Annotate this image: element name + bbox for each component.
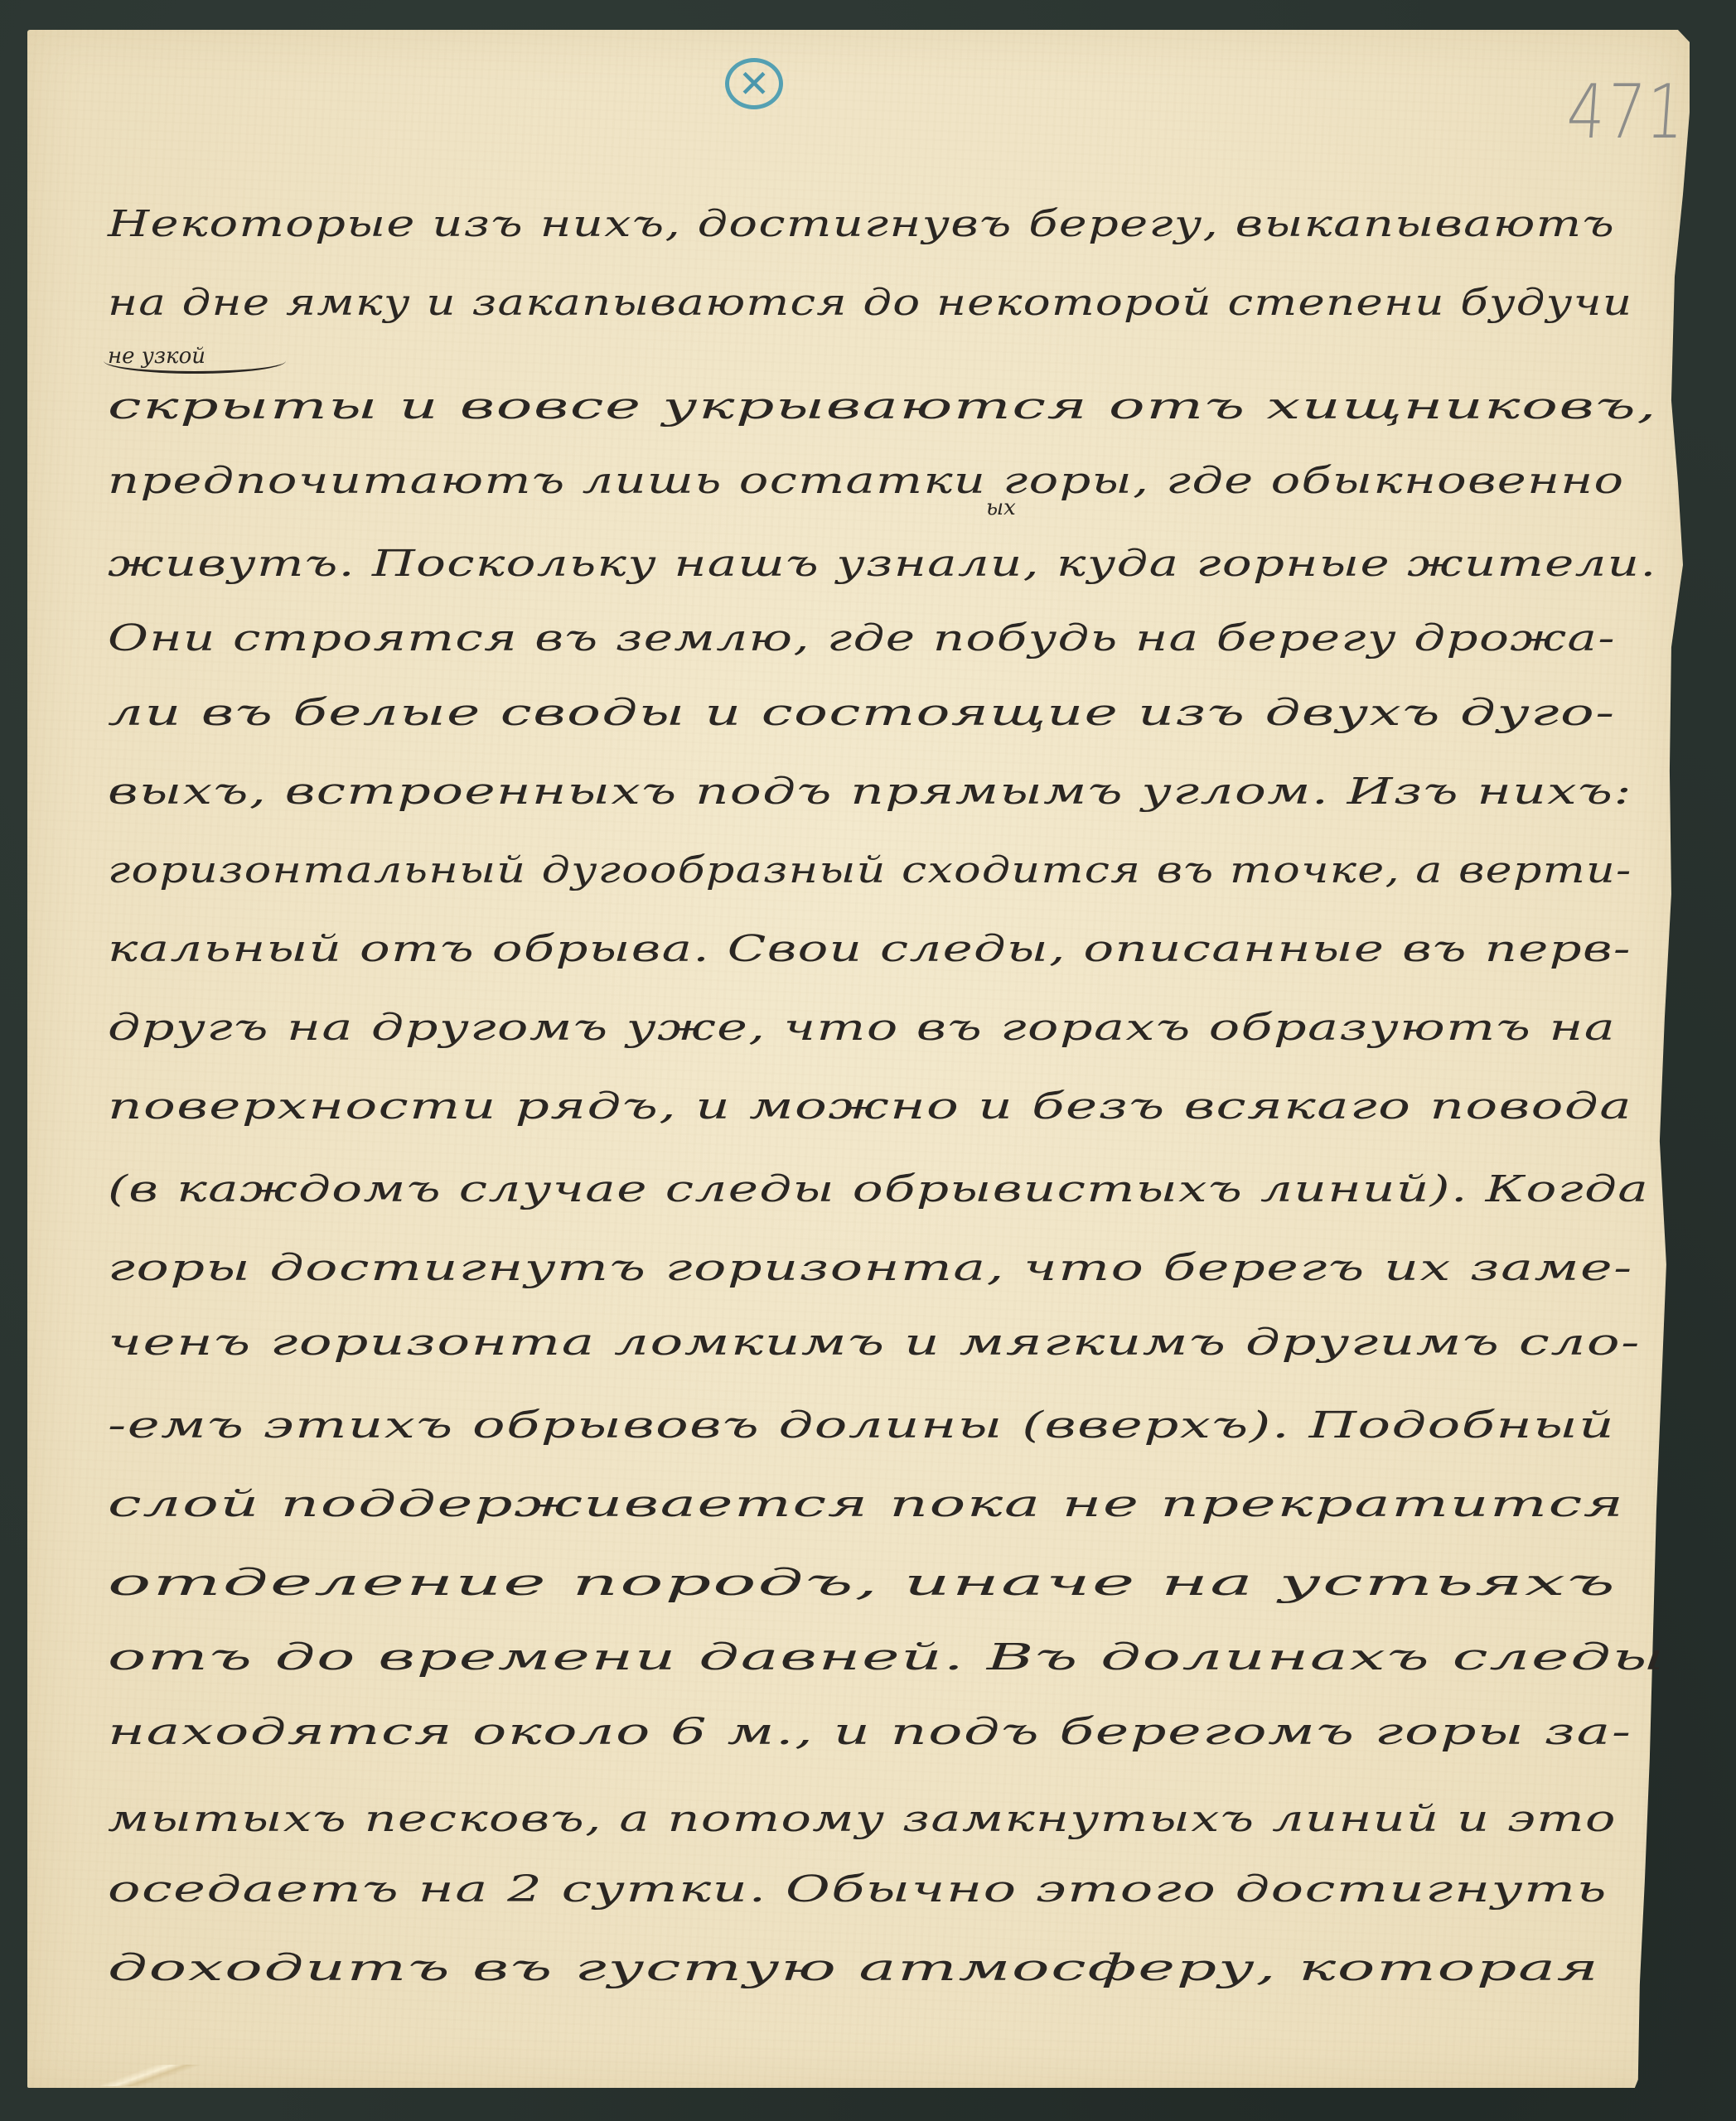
text-line: находятся около 6 м., и подъ берегомъ го…	[108, 1711, 1632, 1753]
interlinear-insertion: ых	[986, 495, 1016, 520]
text-line: скрыты и вовсе укрываются отъ хищниковъ,	[108, 385, 1657, 428]
text-line: горы достигнутъ горизонта, что берегъ их…	[108, 1247, 1633, 1289]
text-line: оседаетъ на 2 сутки. Обычно этого достиг…	[108, 1868, 1608, 1911]
text-line: отделение породъ, иначе на устьяхъ	[108, 1562, 1617, 1604]
text-line: доходитъ въ густую атмосферу, которая	[108, 1947, 1600, 1989]
text-line: ли въ белые своды и состоящие изъ двухъ …	[108, 692, 1616, 734]
text-line: Некоторые изъ нихъ, достигнувъ берегу, в…	[108, 203, 1615, 245]
text-line: поверхности рядъ, и можно и безъ всякаго…	[108, 1085, 1632, 1128]
circled-x-stamp-icon: ✕	[725, 58, 783, 109]
insertion-mark	[104, 348, 286, 374]
text-line: (в каждомъ случае следы обрывистыхъ лини…	[108, 1168, 1649, 1210]
text-line: предпочитаютъ лишь остатки горы, где обы…	[108, 460, 1624, 502]
manuscript-page	[27, 30, 1690, 2088]
text-line: другъ на другомъ уже, что въ горахъ обра…	[108, 1007, 1616, 1049]
text-line: кальный отъ обрыва. Свои следы, описанны…	[108, 928, 1632, 970]
text-line: Они строятся въ землю, где побудь на бер…	[108, 617, 1616, 659]
stamp-symbol: ✕	[738, 65, 771, 103]
text-line: отъ до времени давней. Въ долинахъ следы	[108, 1636, 1666, 1679]
text-line: живутъ. Поскольку нашъ узнали, куда горн…	[108, 543, 1657, 585]
text-line: -емъ этихъ обрывовъ долины (вверхъ). Под…	[108, 1404, 1615, 1447]
text-line: ченъ горизонта ломкимъ и мягкимъ другимъ…	[108, 1321, 1641, 1364]
paper-crease	[69, 2065, 226, 2086]
text-line: горизонтальный дугообразный сходится въ …	[108, 849, 1632, 891]
text-line: на дне ямку и закапываются до некоторой …	[108, 282, 1632, 324]
text-line: мытыхъ песковъ, а потому замкнутыхъ лини…	[108, 1798, 1617, 1840]
text-line: выхъ, встроенныхъ подъ прямымъ углом. Из…	[108, 771, 1632, 813]
text-line: слой поддерживается пока не прекратится	[108, 1483, 1625, 1525]
folio-number: 471	[1564, 68, 1690, 155]
